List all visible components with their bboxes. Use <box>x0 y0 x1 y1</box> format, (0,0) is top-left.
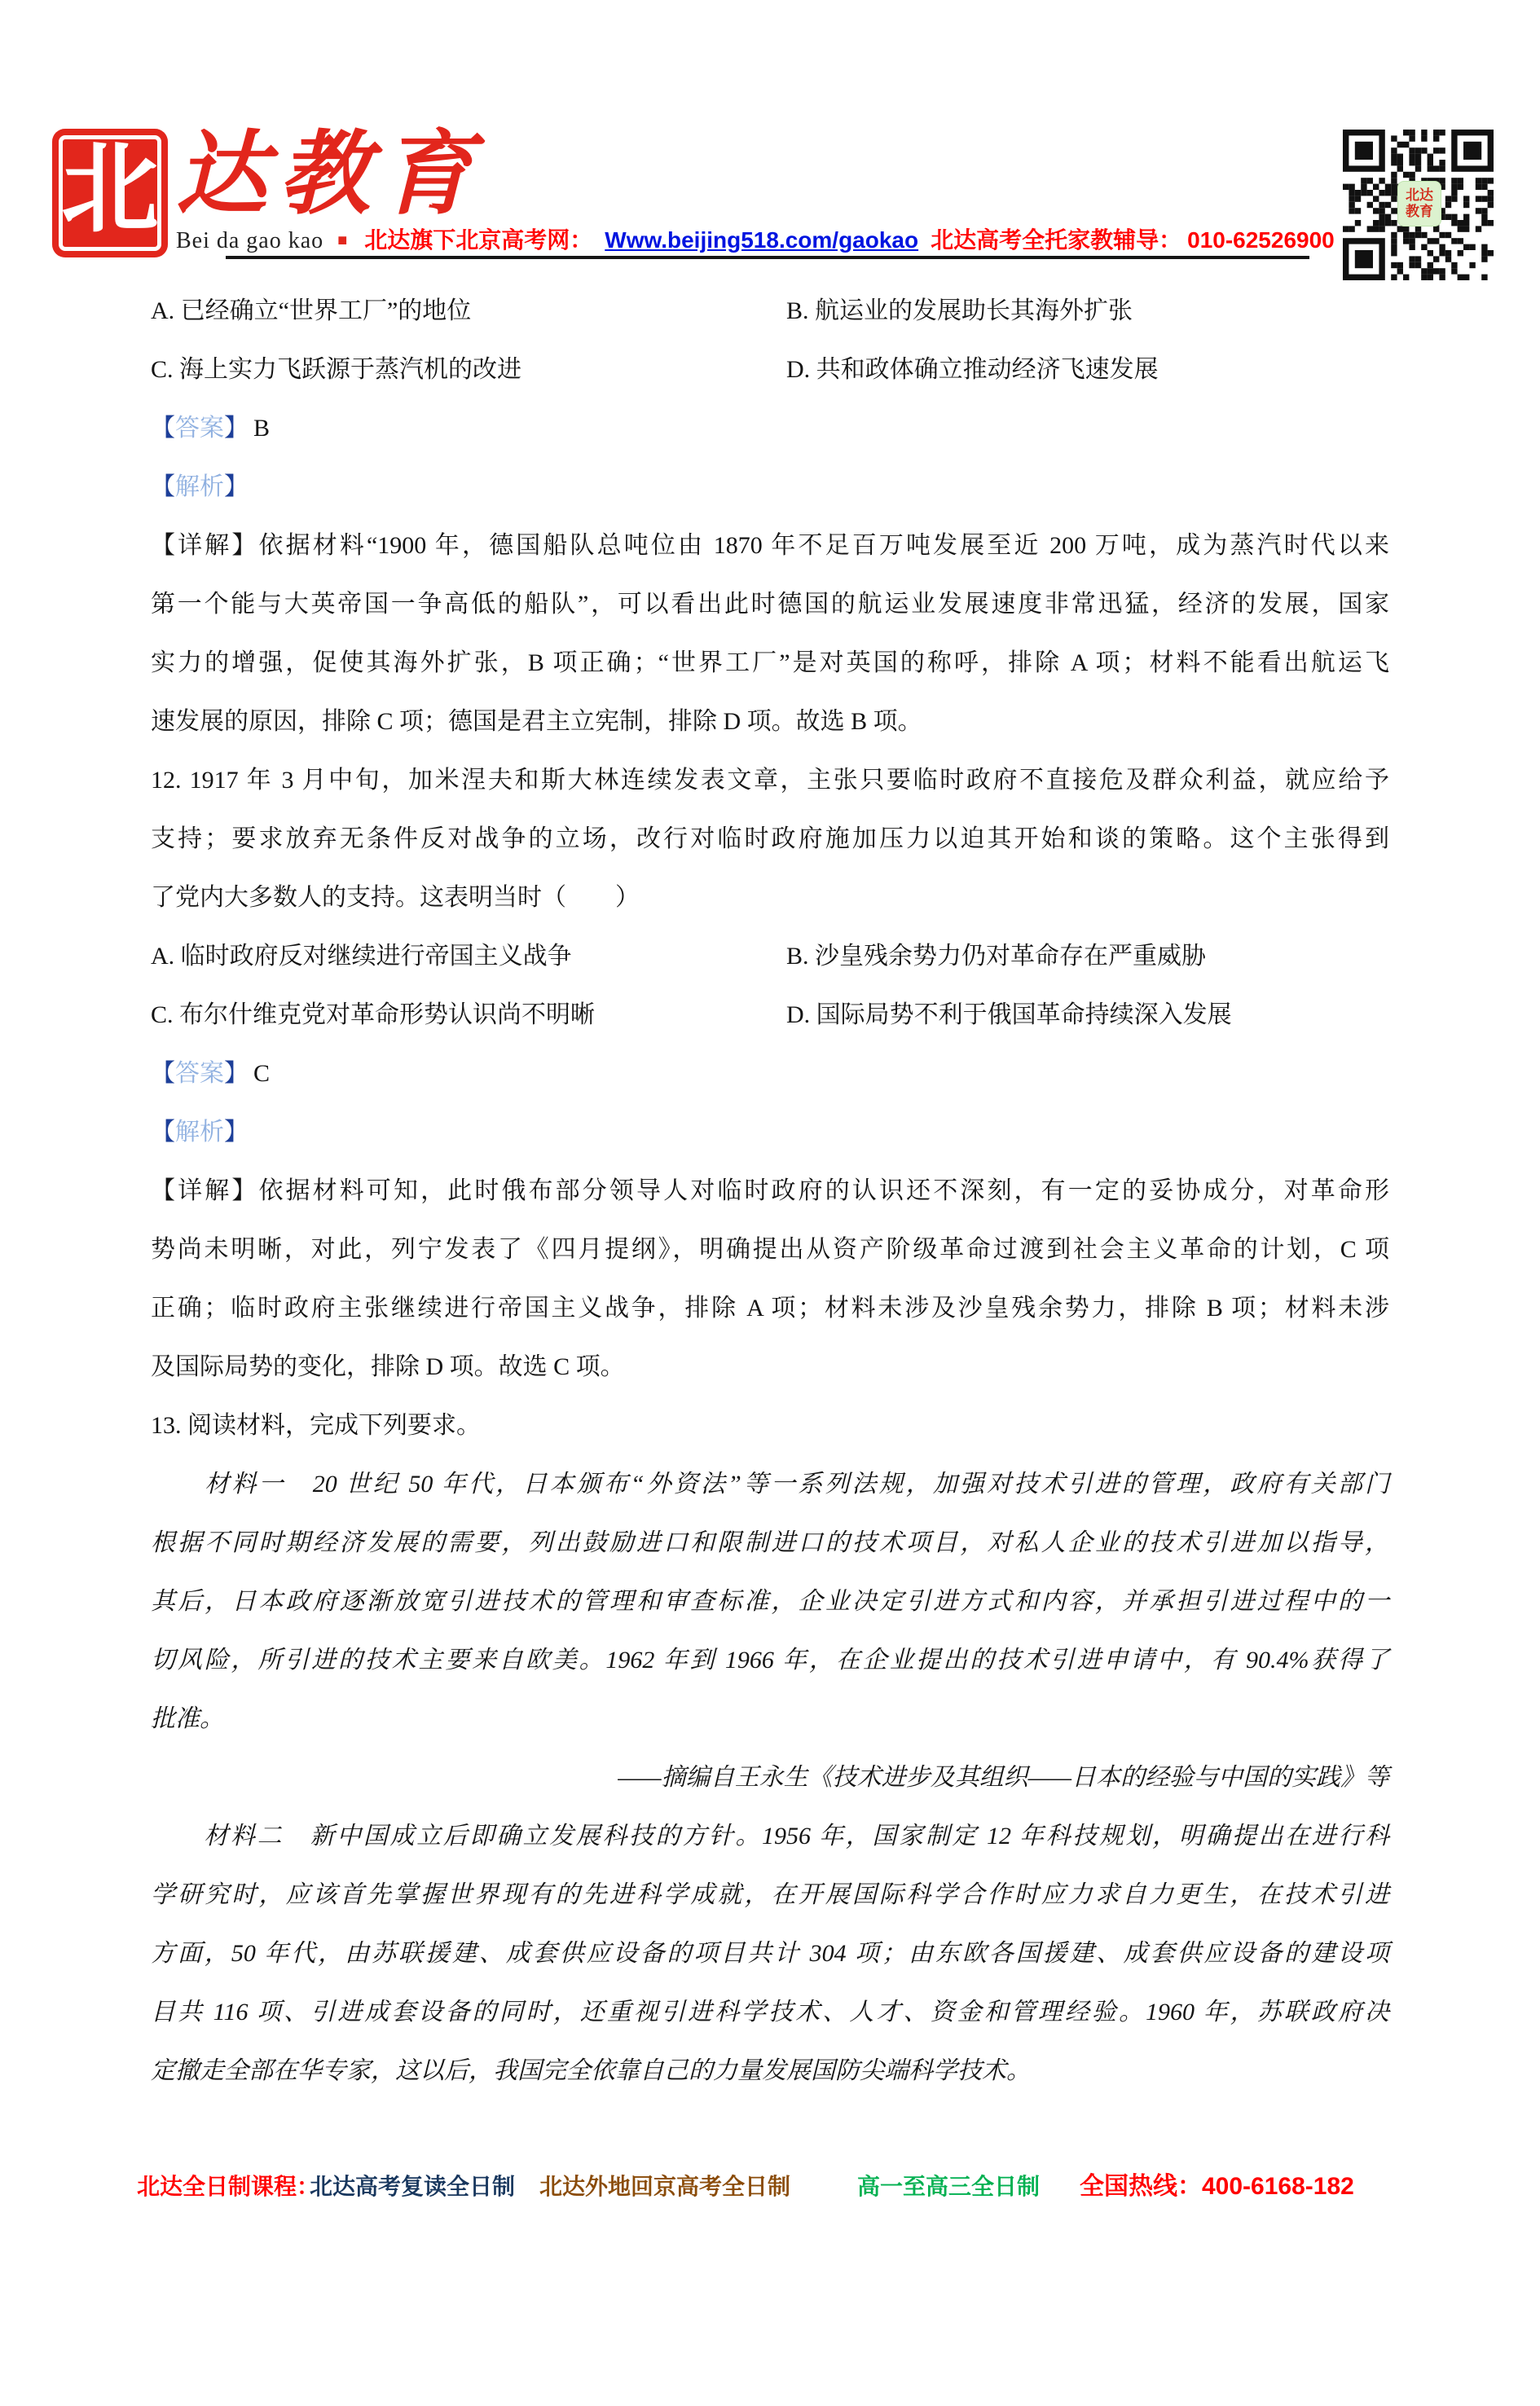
answer-label: 答案 <box>175 415 224 442</box>
text-line: ——摘编自王永生《技术进步及其组织——日本的经验与中国的实践》等 <box>151 1748 1389 1807</box>
footer-item: 北达高考复读全日制 <box>310 2166 515 2208</box>
text-line: 了党内大多数人的支持。这表明当时（ ） <box>151 869 1389 927</box>
option-left: A. 临时政府反对继续进行帝国主义战争 <box>151 927 786 986</box>
text-line: 方面，50 年代，由苏联援建、成套供应设备的项目共计 304 项；由东欧各国援建… <box>151 1924 1389 1983</box>
text-line: 正确；临时政府主张继续进行帝国主义战争，排除 A 项；材料未涉及沙皇残余势力，排… <box>151 1279 1389 1338</box>
option-right: D. 国际局势不利于俄国革命持续深入发展 <box>786 986 1232 1045</box>
text-line: 第一个能与大英帝国一争高低的船队”，可以看出此时德国的航运业发展速度非常迅猛，经… <box>151 575 1389 634</box>
footer-item: 高一至高三全日制 <box>857 2166 1040 2208</box>
text-line: 【详解】依据材料可知，此时俄布部分领导人对临时政府的认识还不深刻，有一定的妥协成… <box>151 1162 1389 1221</box>
footer-item: 全国热线：400-6168-182 <box>1080 2166 1354 2208</box>
text-line: 批准。 <box>151 1690 1389 1748</box>
footer-item: 北达外地回京高考全日制 <box>539 2166 790 2208</box>
analysis-label: 解析 <box>175 1119 224 1146</box>
tutor-phone: 010-62526900 <box>1187 227 1335 253</box>
text-line: 12. 1917 年 3 月中旬，加米涅夫和斯大林连续发表文章，主张只要临时政府… <box>151 751 1389 810</box>
answer-label: 【 <box>151 1060 175 1087</box>
qr-badge-line2: 教育 <box>1406 204 1433 220</box>
option-left: C. 布尔什维克党对革命形势认识尚不明晰 <box>151 986 786 1045</box>
option-left: A. 已经确立“世界工厂”的地位 <box>151 282 786 341</box>
header-divider <box>226 256 1309 259</box>
analysis-label: 【 <box>151 1119 175 1146</box>
text-line: 定撤走全部在华专家，这以后，我国完全依靠自己的力量发展国防尖端科学技术。 <box>151 2042 1389 2100</box>
text-line: 切风险，所引进的技术主要来自欧美。1962 年到 1966 年，在企业提出的技术… <box>151 1631 1389 1690</box>
answer-line: 【答案】C <box>151 1045 1389 1103</box>
page-footer: 北达全日制课程：北达高考复读全日制北达外地回京高考全日制高一至高三全日制全国热线… <box>0 2166 1540 2208</box>
text-line: 材料一 20 世纪 50 年代，日本颁布“外资法”等一系列法规，加强对技术引进的… <box>151 1455 1389 1514</box>
text-line: 根据不同时期经济发展的需要，列出鼓励进口和限制进口的技术项目，对私人企业的技术引… <box>151 1514 1389 1572</box>
text-line: 目共 116 项、引进成套设备的同时，还重视引进科学技术、人才、资金和管理经验。… <box>151 1983 1389 2042</box>
qr-center-badge: 北达 教育 <box>1397 181 1441 227</box>
answer-label: 】 <box>224 1060 249 1087</box>
seal-character: 北 <box>61 141 159 239</box>
option-right: B. 沙皇残余势力仍对革命存在严重威胁 <box>786 927 1206 986</box>
options-row: A. 临时政府反对继续进行帝国主义战争B. 沙皇残余势力仍对革命存在严重威胁 <box>151 927 1389 986</box>
option-right: B. 航运业的发展助长其海外扩张 <box>786 282 1133 341</box>
text-line: 支持；要求放弃无条件反对战争的立场，改行对临时政府施加压力以迫其开始和谈的策略。… <box>151 810 1389 869</box>
site-link[interactable]: Www.beijing518.com/gaokao <box>605 227 918 253</box>
answer-line: 【答案】B <box>151 399 1389 458</box>
options-row: C. 海上实力飞跃源于蒸汽机的改进D. 共和政体确立推动经济飞速发展 <box>151 341 1389 399</box>
analysis-label: 】 <box>224 1119 249 1146</box>
header-info-line: Bei da gao kao ■ 北达旗下北京高考网： Www.beijing5… <box>176 225 1335 256</box>
analysis-label: 解析 <box>175 473 224 500</box>
beida-seal-logo: 北 <box>52 129 168 257</box>
document-body: A. 已经确立“世界工厂”的地位B. 航运业的发展助长其海外扩张C. 海上实力飞… <box>0 282 1540 2100</box>
option-right: D. 共和政体确立推动经济飞速发展 <box>786 341 1159 399</box>
text-line: 学研究时，应该首先掌握世界现有的先进科学成就，在开展国际科学合作时应力求自力更生… <box>151 1866 1389 1924</box>
document-page: 北 达教育 Bei da gao kao ■ 北达旗下北京高考网： Www.be… <box>0 0 1540 2406</box>
answer-label: 【 <box>151 415 175 442</box>
tutor-label: 北达高考全托家教辅导： <box>931 227 1181 253</box>
text-line: 13. 阅读材料，完成下列要求。 <box>151 1397 1389 1455</box>
text-line: 及国际局势的变化，排除 D 项。故选 C 项。 <box>151 1338 1389 1397</box>
options-row: A. 已经确立“世界工厂”的地位B. 航运业的发展助长其海外扩张 <box>151 282 1389 341</box>
analysis-line: 【解析】 <box>151 1103 1389 1162</box>
answer-value: C <box>253 1060 270 1087</box>
text-line: 其后，日本政府逐渐放宽引进技术的管理和审查标准，企业决定引进方式和内容，并承担引… <box>151 1572 1389 1631</box>
answer-label: 答案 <box>175 1060 224 1087</box>
answer-value: B <box>253 415 270 442</box>
red-square-icon: ■ <box>337 231 347 249</box>
text-line: 速发展的原因，排除 C 项；德国是君主立宪制，排除 D 项。故选 B 项。 <box>151 693 1389 751</box>
option-left: C. 海上实力飞跃源于蒸汽机的改进 <box>151 341 786 399</box>
answer-label: 】 <box>224 415 249 442</box>
qr-code: 北达 教育 <box>1340 127 1495 282</box>
analysis-label: 】 <box>224 473 249 500</box>
brand-calligraphy: 达教育 <box>176 121 484 230</box>
text-line: 【详解】依据材料“1900 年，德国船队总吨位由 1870 年不足百万吨发展至近… <box>151 517 1389 575</box>
text-line: 实力的增强，促使其海外扩张，B 项正确；“世界工厂”是对英国的称呼，排除 A 项… <box>151 634 1389 693</box>
analysis-line: 【解析】 <box>151 458 1389 517</box>
text-line: 材料二 新中国成立后即确立发展科技的方针。1956 年，国家制定 12 年科技规… <box>151 1807 1389 1866</box>
footer-item: 北达全日制课程： <box>137 2166 319 2208</box>
site-label: 北达旗下北京高考网： <box>364 227 592 253</box>
options-row: C. 布尔什维克党对革命形势认识尚不明晰D. 国际局势不利于俄国革命持续深入发展 <box>151 986 1389 1045</box>
qr-badge-line1: 北达 <box>1406 187 1433 204</box>
analysis-label: 【 <box>151 473 175 500</box>
text-line: 势尚未明晰，对此，列宁发表了《四月提纲》，明确提出从资产阶级革命过渡到社会主义革… <box>151 1221 1389 1279</box>
brand-pinyin: Bei da gao kao <box>176 228 323 253</box>
